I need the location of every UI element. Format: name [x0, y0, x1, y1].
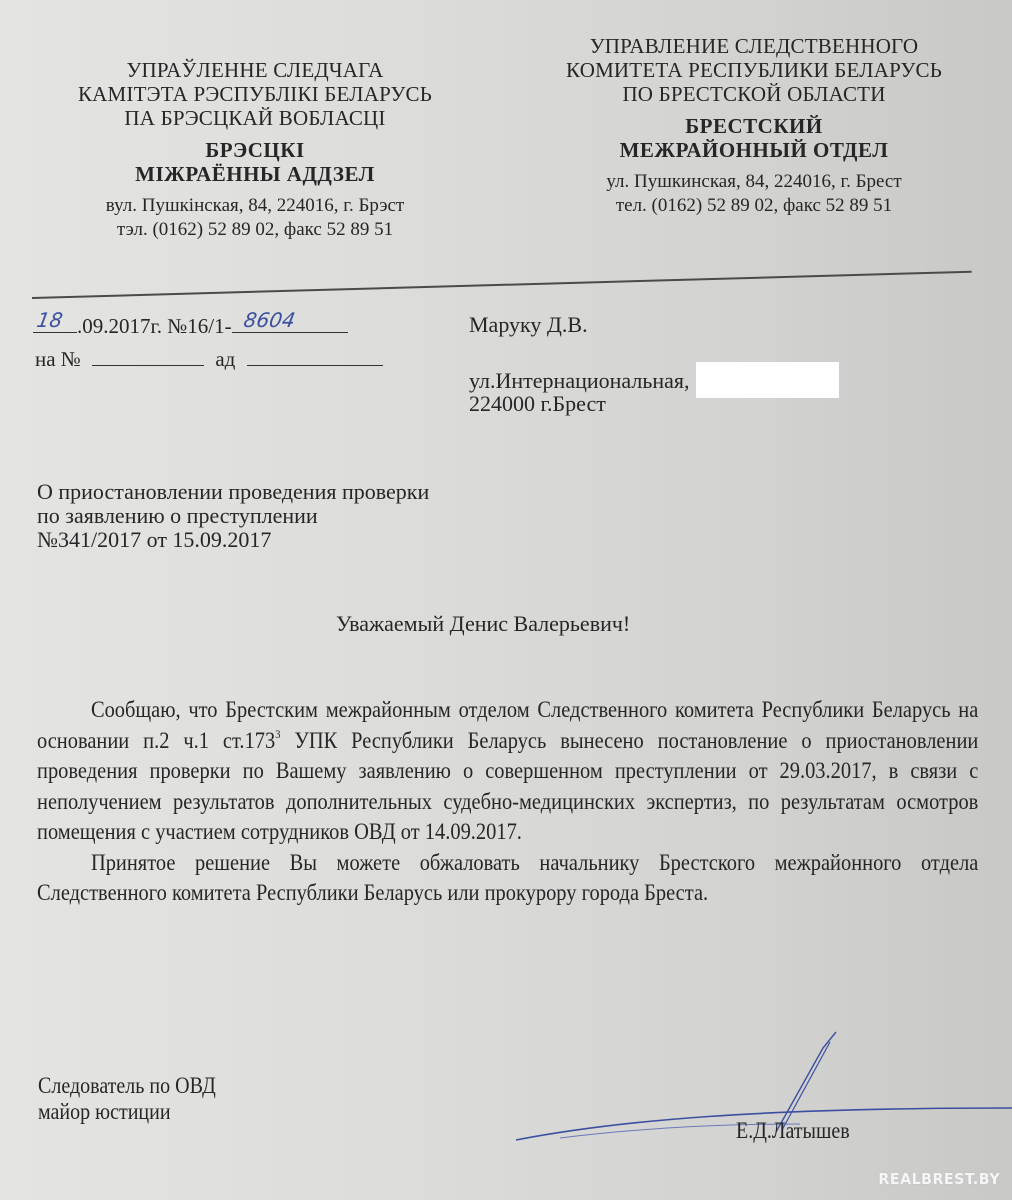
number-field: 8604 [232, 312, 348, 333]
subject-line: по заявлению о преступлении [37, 504, 429, 528]
recipient-name: Маруку Д.В. [469, 313, 588, 337]
department-line: БРЕСТСКИЙ [546, 114, 962, 138]
letterhead-belarusian: УПРАЎЛЕННЕ СЛЕДЧАГА КАМІТЭТА РЭСПУБЛІКІ … [40, 58, 470, 242]
signer-name: Е.Д.Латышев [736, 1118, 850, 1144]
outgoing-number-line: 18 .09.2017г. №16/1- 8604 [33, 312, 348, 339]
letterhead-address: вул. Пушкінская, 84, 224016, г. Брэст [40, 194, 470, 218]
recipient-address: ул.Интернациональная, 224000 г.Брест [469, 362, 839, 416]
org-line: УПРАВЛЕНИЕ СЛЕДСТВЕННОГО [546, 34, 962, 58]
reply-number-field [92, 345, 204, 366]
org-line: ПО БРЕСТСКОЙ ОБЛАСТИ [546, 82, 962, 106]
handwritten-day: 18 [35, 308, 65, 332]
reply-date-label: ад [215, 347, 235, 371]
letterhead-phone: тэл. (0162) 52 89 02, факс 52 89 51 [40, 218, 470, 242]
letterhead-address: ул. Пушкинская, 84, 224016, г. Брест [546, 170, 962, 194]
watermark: REALBREST.BY [878, 1170, 1000, 1188]
org-line: УПРАЎЛЕННЕ СЛЕДЧАГА [40, 58, 470, 82]
subject-line: №341/2017 от 15.09.2017 [37, 528, 429, 552]
subject-line: О приостановлении проведения проверки [37, 480, 429, 504]
org-line: КОМИТЕТА РЕСПУБЛИКИ БЕЛАРУСЬ [546, 58, 962, 82]
letter-subject: О приостановлении проведения проверки по… [37, 480, 429, 552]
reply-date-field [247, 345, 383, 366]
body-paragraph-1: Сообщаю, что Брестским межрайонным отдел… [37, 695, 978, 848]
handwritten-number: 8604 [241, 308, 296, 332]
letter-body: Сообщаю, что Брестским межрайонным отдел… [37, 695, 978, 909]
department-line: МІЖРАЁННЫ АДДЗЕЛ [40, 162, 470, 186]
reply-number-label: на № [35, 347, 81, 371]
department-line: МЕЖРАЙОННЫЙ ОТДЕЛ [546, 138, 962, 162]
body-paragraph-2: Принятое решение Вы можете обжаловать на… [37, 848, 978, 909]
org-line: КАМІТЭТА РЭСПУБЛІКІ БЕЛАРУСЬ [40, 82, 470, 106]
recipient-street: ул.Интернациональная, [469, 368, 690, 393]
salutation: Уважаемый Денис Валерьевич! [336, 611, 630, 637]
department-line: БРЭСЦКІ [40, 138, 470, 162]
signer-position: Следователь по ОВД майор юстиции [38, 1073, 216, 1125]
letterhead-phone: тел. (0162) 52 89 02, факс 52 89 51 [546, 194, 962, 218]
org-line: ПА БРЭСЦКАЙ ВОБЛАСЦІ [40, 106, 470, 130]
day-field: 18 [33, 312, 77, 333]
redacted-block [696, 362, 839, 398]
letterhead-divider [32, 271, 972, 299]
reply-reference-line: на № ад [35, 345, 383, 372]
letterhead-russian: УПРАВЛЕНИЕ СЛЕДСТВЕННОГО КОМИТЕТА РЕСПУБ… [546, 34, 962, 218]
date-and-number-label: .09.2017г. №16/1- [77, 314, 232, 338]
